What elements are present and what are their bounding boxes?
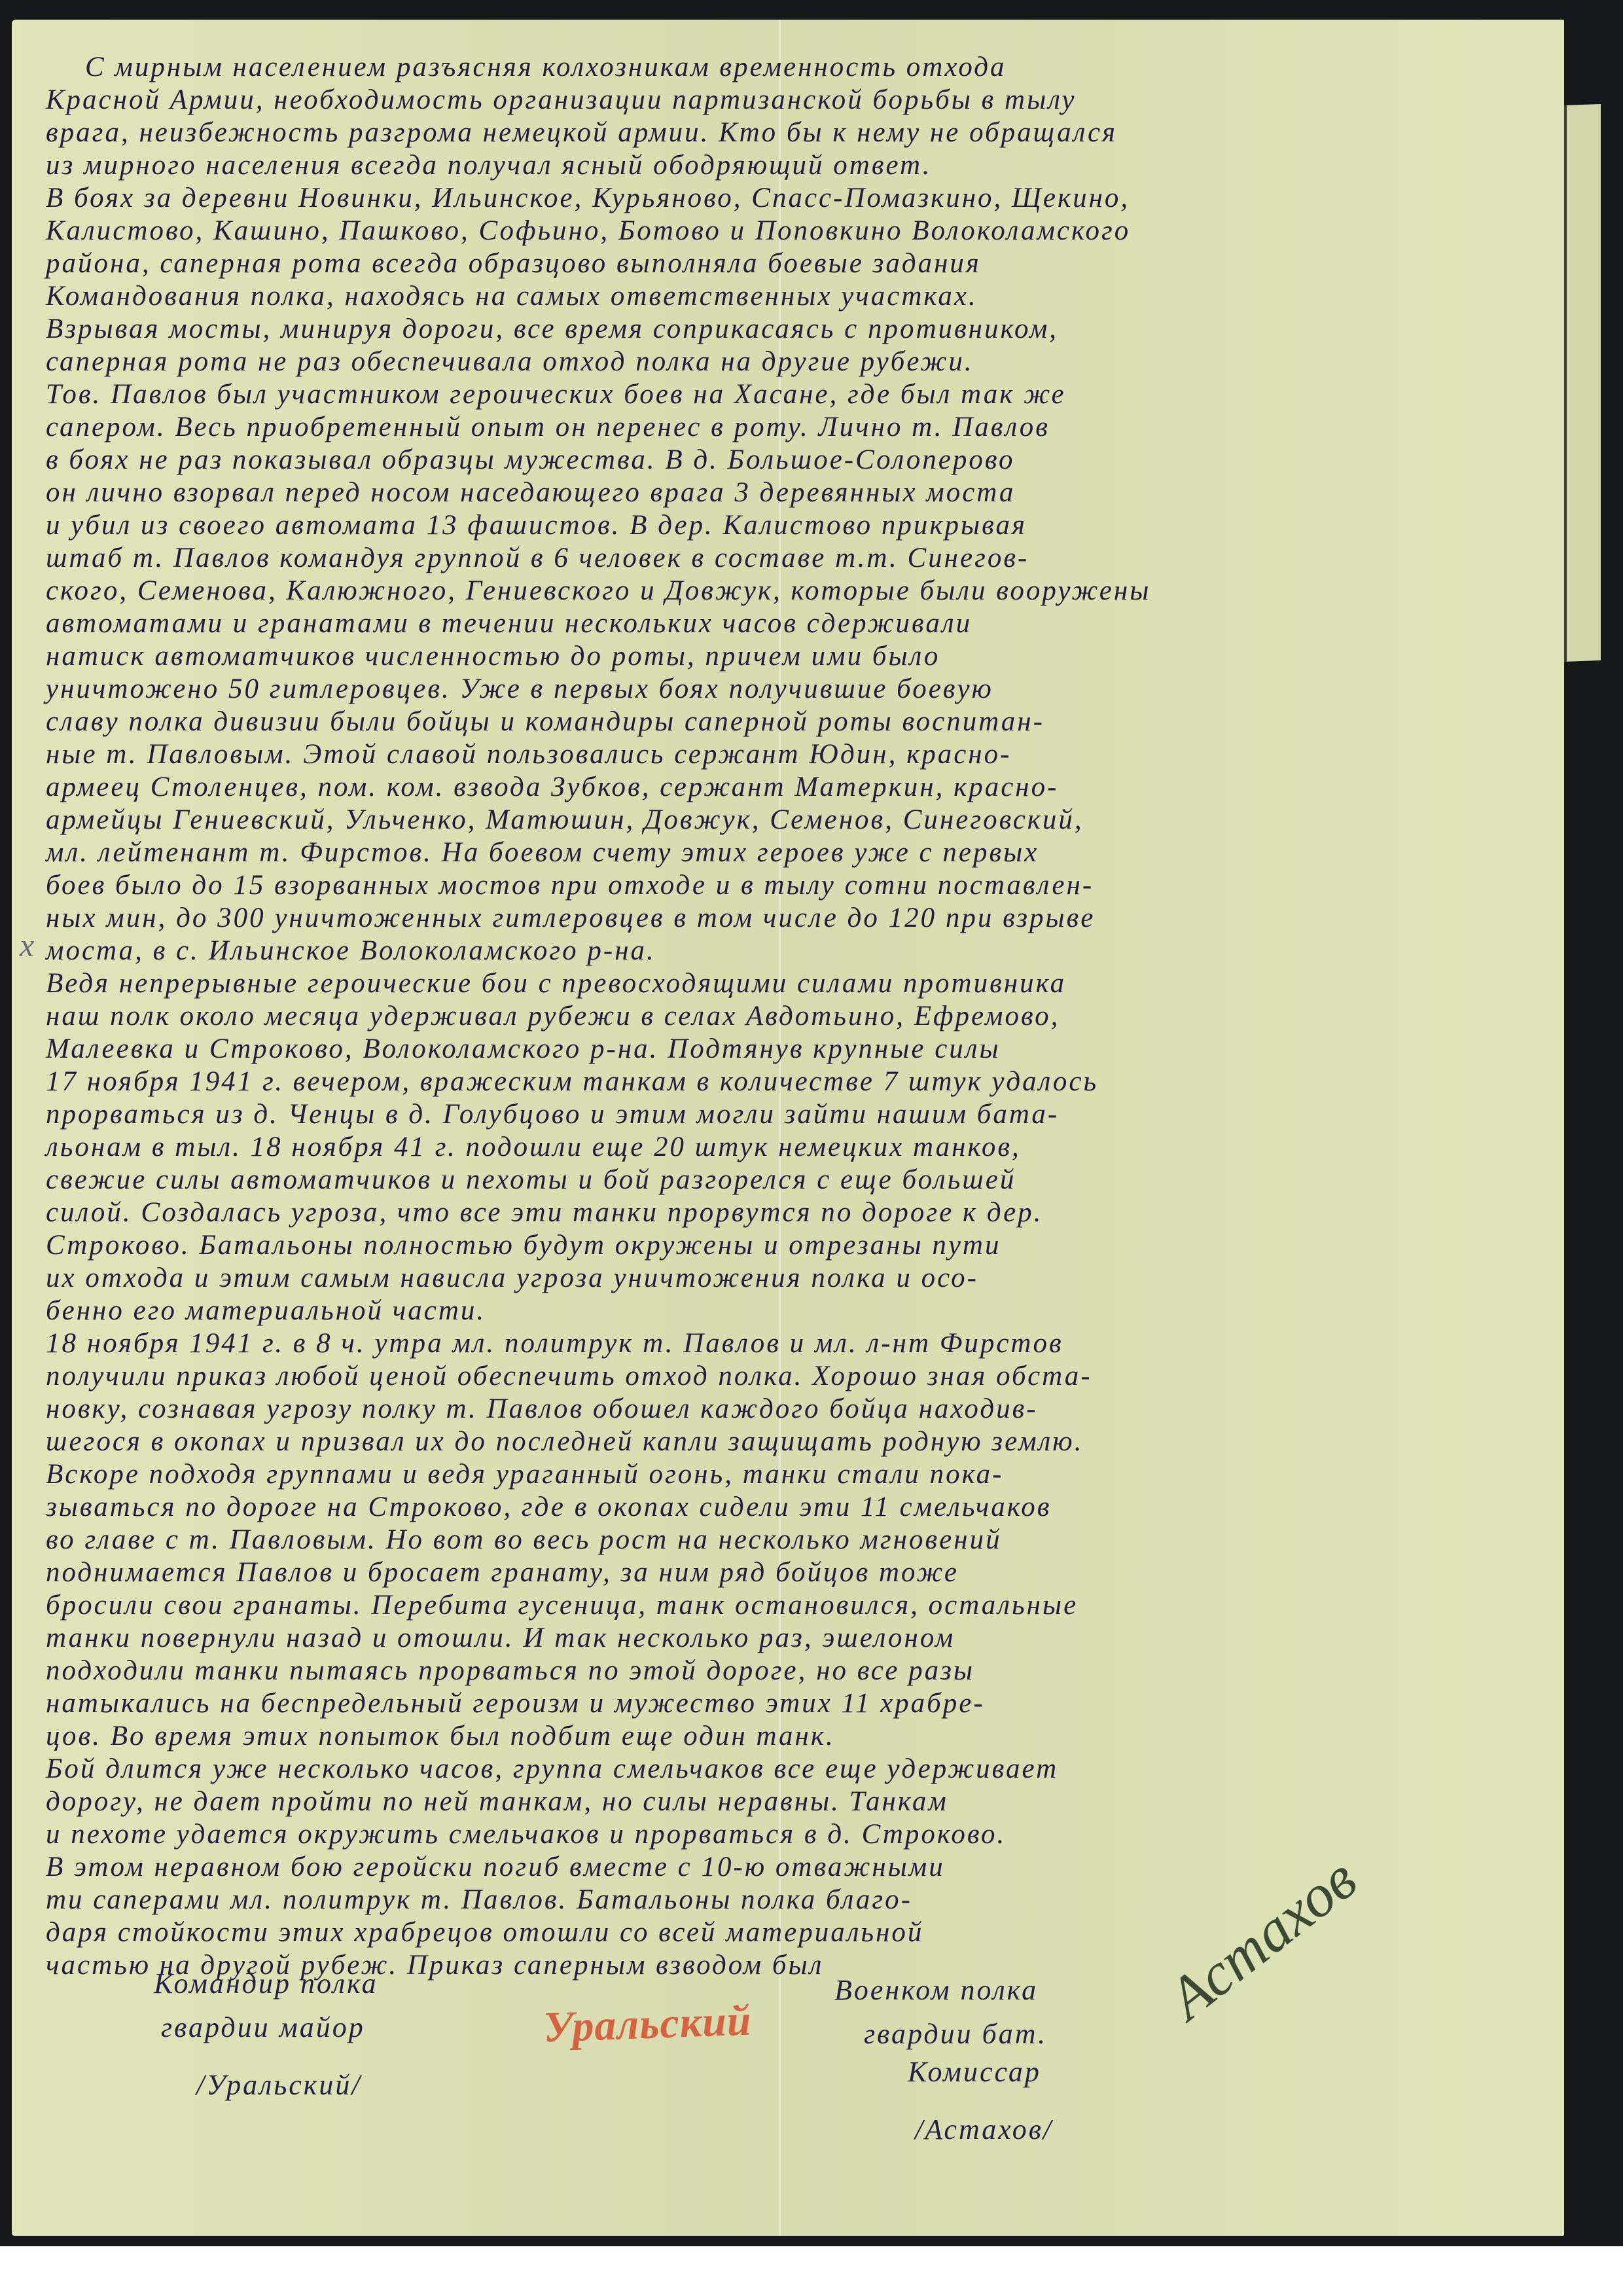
text-line: врага, неизбежность разгрома немецкой ар… [46, 117, 1117, 149]
text-line: Строково. Батальоны полностью будут окру… [46, 1229, 1001, 1262]
text-line: Калистово, Кашино, Пашково, Софьино, Бот… [46, 215, 1130, 247]
text-line: поднимается Павлов и бросает гранату, за… [46, 1556, 959, 1589]
text-line: получили приказ любой ценой обеспечить о… [46, 1360, 1092, 1393]
text-line: их отхода и этим самым нависла угроза ун… [46, 1262, 978, 1295]
text-line: мл. лейтенант т. Фирстов. На боевом счет… [46, 836, 1039, 869]
paper-fold-flap [1564, 104, 1601, 662]
text-line: свежие силы автоматчиков и пехоты и бой … [46, 1164, 1016, 1196]
text-line: ных мин, до 300 уничтоженных гитлеровцев… [46, 902, 1095, 935]
text-line: шегося в окопах и призвал их до последне… [46, 1426, 1083, 1458]
text-line: Малеевка и Строково, Волоколамского р-на… [46, 1033, 1001, 1066]
text-line: во главе с т. Павловым. Но вот во весь р… [46, 1524, 1002, 1556]
text-line: Командования полка, находясь на самых от… [46, 280, 978, 313]
text-line: 18 ноября 1941 г. в 8 ч. утра мл. политр… [46, 1327, 1063, 1360]
text-line: льонам в тыл. 18 ноября 41 г. подошли ещ… [46, 1131, 1021, 1164]
margin-mark: x [20, 926, 34, 964]
text-line: из мирного населения всегда получал ясны… [46, 149, 931, 182]
text-line: натиск автоматчиков численностью до роты… [46, 640, 940, 673]
text-line: ные т. Павловым. Этой славой пользовалис… [46, 738, 1011, 771]
text-line: он лично взорвал перед носом наседающего… [46, 476, 1015, 509]
text-line: сапером. Весь приобретенный опыт он пере… [46, 411, 1050, 444]
text-line: цов. Во время этих попыток был подбит ещ… [46, 1720, 835, 1753]
text-line: даря стойкости этих храбрецов отошли со … [46, 1916, 923, 1949]
text-line: С мирным населением разъясняя колхозника… [85, 51, 1007, 84]
text-line: моста, в с. Ильинское Волоколамского р-н… [46, 935, 656, 967]
text-line: боев было до 15 взорванных мостов при от… [46, 869, 1094, 902]
text-line: зываться по дороге на Строково, где в ок… [46, 1491, 1051, 1524]
text-line: и пехоте удается окружить смельчаков и п… [46, 1818, 1006, 1851]
text-line: ского, Семенова, Калюжного, Гениевского … [46, 575, 1150, 607]
text-line: натыкались на беспредельный героизм и му… [46, 1687, 985, 1720]
text-line: славу полка дивизии были бойцы и команди… [46, 706, 1044, 738]
text-line: подходили танки пытаясь прорваться по эт… [46, 1655, 974, 1687]
text-line: Красной Армии, необходимость организации… [46, 84, 1076, 117]
text-line: штаб т. Павлов командуя группой в 6 чело… [46, 542, 1029, 575]
text-line: армеец Столенцев, пом. ком. взвода Зубко… [46, 771, 1058, 804]
text-line: бенно его материальной части. [46, 1295, 486, 1327]
text-line: прорваться из д. Ченцы в д. Голубцово и … [46, 1098, 1059, 1131]
text-line: уничтожено 50 гитлеровцев. Уже в первых … [46, 673, 993, 706]
text-line: Бой длится уже несколько часов, группа с… [46, 1753, 1058, 1785]
commander-signature: Уральский [543, 1996, 753, 2053]
text-line: В этом неравном бою геройски погиб вмест… [46, 1851, 945, 1884]
text-line: 17 ноября 1941 г. вечером, вражеским тан… [46, 1066, 1098, 1098]
text-line: танки повернули назад и отошли. И так не… [46, 1622, 955, 1655]
commissar-name: /Астахов/ [915, 2113, 1053, 2146]
text-line: и убил из своего автомата 13 фашистов. В… [46, 509, 1027, 542]
text-line: района, саперная рота всегда образцово в… [46, 247, 981, 280]
text-line: силой. Создалась угроза, что все эти тан… [46, 1196, 1043, 1229]
commissar-rank: гвардии бат. [864, 2017, 1047, 2051]
text-line: в боях не раз показывал образцы мужества… [46, 444, 1014, 476]
text-line: Вскоре подходя группами и ведя ураганный… [46, 1458, 1004, 1491]
commander-name: /Уральский/ [196, 2068, 362, 2102]
text-line: бросили свои гранаты. Перебита гусеница,… [46, 1589, 1078, 1622]
commissar-role: Комиссар [908, 2055, 1041, 2089]
commander-title: Командир полка [154, 1967, 378, 2000]
text-line: саперная рота не раз обеспечивала отход … [46, 346, 974, 378]
text-line: новку, сознавая угрозу полку т. Павлов о… [46, 1393, 1038, 1426]
text-line: автоматами и гранатами в течении несколь… [46, 607, 972, 640]
text-line: дорогу, не дает пройти по ней танкам, но… [46, 1785, 948, 1818]
commissar-title: Военком полка [834, 1973, 1038, 2007]
commander-rank: гвардии майор [161, 2011, 365, 2044]
text-line: В боях за деревни Новинки, Ильинское, Ку… [46, 182, 1130, 215]
text-line: Тов. Павлов был участником героических б… [46, 378, 1066, 411]
text-line: армейцы Гениевский, Ульченко, Матюшин, Д… [46, 804, 1084, 836]
text-line: ти саперами мл. политрук т. Павлов. Бата… [46, 1884, 912, 1916]
text-line: наш полк около месяца удерживал рубежи в… [46, 1000, 1060, 1033]
text-line: Ведя непрерывные героические бои с прево… [46, 967, 1066, 1000]
text-line: Взрывая мосты, минируя дороги, все время… [46, 313, 1058, 346]
